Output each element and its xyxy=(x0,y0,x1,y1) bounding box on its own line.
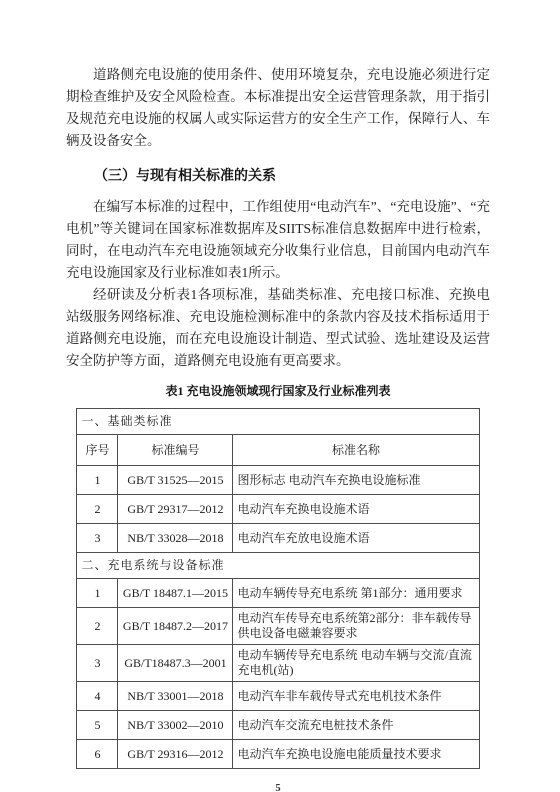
cell-no: 4 xyxy=(77,682,118,711)
column-header-no: 序号 xyxy=(77,435,118,466)
table-section-row: 一、基础类标准 xyxy=(77,409,479,435)
cell-code: GB/T 18487.1—2015 xyxy=(118,579,233,608)
cell-no: 3 xyxy=(77,524,118,553)
table-row: 6 GB/T 29316—2012 电动汽车充换电设施电能质量技术要求 xyxy=(77,740,479,769)
cell-name: 电动汽车传导充电系统第2部分：非车载传导供电设备电磁兼容要求 xyxy=(233,608,479,645)
table-header-row: 序号 标准编号 标准名称 xyxy=(77,435,479,466)
table-row: 1 GB/T 31525—2015 图形标志 电动汽车充换电设施标准 xyxy=(77,466,479,495)
cell-no: 2 xyxy=(77,495,118,524)
cell-code: GB/T 29316—2012 xyxy=(118,740,233,769)
section-heading: （三）与现有相关标准的关系 xyxy=(66,166,490,188)
table-row: 1 GB/T 18487.1—2015 电动车辆传导充电系统 第1部分：通用要求 xyxy=(77,579,479,608)
cell-code: GB/T 31525—2015 xyxy=(118,466,233,495)
cell-code: GB/T 18487.2—2017 xyxy=(118,608,233,645)
paragraph-analysis: 经研读及分析表1各项标准，基础类标准、充电接口标准、充换电站级服务网络标准、充电… xyxy=(66,284,490,372)
table-section-row: 二、充电系统与设备标准 xyxy=(77,553,479,579)
cell-name: 电动汽车充换电设施术语 xyxy=(233,495,479,524)
cell-name: 电动汽车交流充电桩技术条件 xyxy=(233,711,479,740)
column-header-code: 标准编号 xyxy=(118,435,233,466)
document-page: 道路侧充电设施的使用条件、使用环境复杂，充电设施必须进行定期检查维护及安全风险检… xyxy=(0,0,560,792)
cell-name: 电动车辆传导充电系统 电动车辆与交流/直流充电机(站) xyxy=(233,645,479,682)
section-title: 二、充电系统与设备标准 xyxy=(77,553,479,579)
table-row: 5 NB/T 33002—2010 电动汽车交流充电桩技术条件 xyxy=(77,711,479,740)
table-row: 3 GB/T18487.3—2001 电动车辆传导充电系统 电动车辆与交流/直流… xyxy=(77,645,479,682)
cell-code: GB/T 29317—2012 xyxy=(118,495,233,524)
cell-no: 2 xyxy=(77,608,118,645)
cell-name: 电动汽车充换电设施电能质量技术要求 xyxy=(233,740,479,769)
table-row: 4 NB/T 33001—2018 电动汽车非车载传导式充电机技术条件 xyxy=(77,682,479,711)
cell-name: 电动车辆传导充电系统 第1部分：通用要求 xyxy=(233,579,479,608)
cell-name: 电动汽车充放电设施术语 xyxy=(233,524,479,553)
cell-no: 3 xyxy=(77,645,118,682)
table-row: 2 GB/T 29317—2012 电动汽车充换电设施术语 xyxy=(77,495,479,524)
cell-no: 5 xyxy=(77,711,118,740)
paragraph-search: 在编写本标准的过程中，工作组使用“电动汽车”、“充电设施”、“充电机”等关键词在… xyxy=(66,196,490,284)
cell-name: 图形标志 电动汽车充换电设施标准 xyxy=(233,466,479,495)
table-row: 3 NB/T 33028—2018 电动汽车充放电设施术语 xyxy=(77,524,479,553)
table-row: 2 GB/T 18487.2—2017 电动汽车传导充电系统第2部分：非车载传导… xyxy=(77,608,479,645)
cell-code: NB/T 33028—2018 xyxy=(118,524,233,553)
column-header-name: 标准名称 xyxy=(233,435,479,466)
cell-no: 1 xyxy=(77,579,118,608)
cell-code: NB/T 33002—2010 xyxy=(118,711,233,740)
section-title: 一、基础类标准 xyxy=(77,409,479,435)
table-caption: 表1 充电设施领域现行国家及行业标准列表 xyxy=(66,384,490,398)
standards-table: 一、基础类标准 序号 标准编号 标准名称 1 GB/T 31525—2015 图… xyxy=(76,408,479,769)
cell-no: 1 xyxy=(77,466,118,495)
cell-name: 电动汽车非车载传导式充电机技术条件 xyxy=(233,682,479,711)
cell-code: NB/T 33001—2018 xyxy=(118,682,233,711)
cell-no: 6 xyxy=(77,740,118,769)
page-number: 5 xyxy=(66,783,490,792)
cell-code: GB/T18487.3—2001 xyxy=(118,645,233,682)
page-content: 道路侧充电设施的使用条件、使用环境复杂，充电设施必须进行定期检查维护及安全风险检… xyxy=(0,0,560,792)
paragraph-intro: 道路侧充电设施的使用条件、使用环境复杂，充电设施必须进行定期检查维护及安全风险检… xyxy=(66,64,490,152)
